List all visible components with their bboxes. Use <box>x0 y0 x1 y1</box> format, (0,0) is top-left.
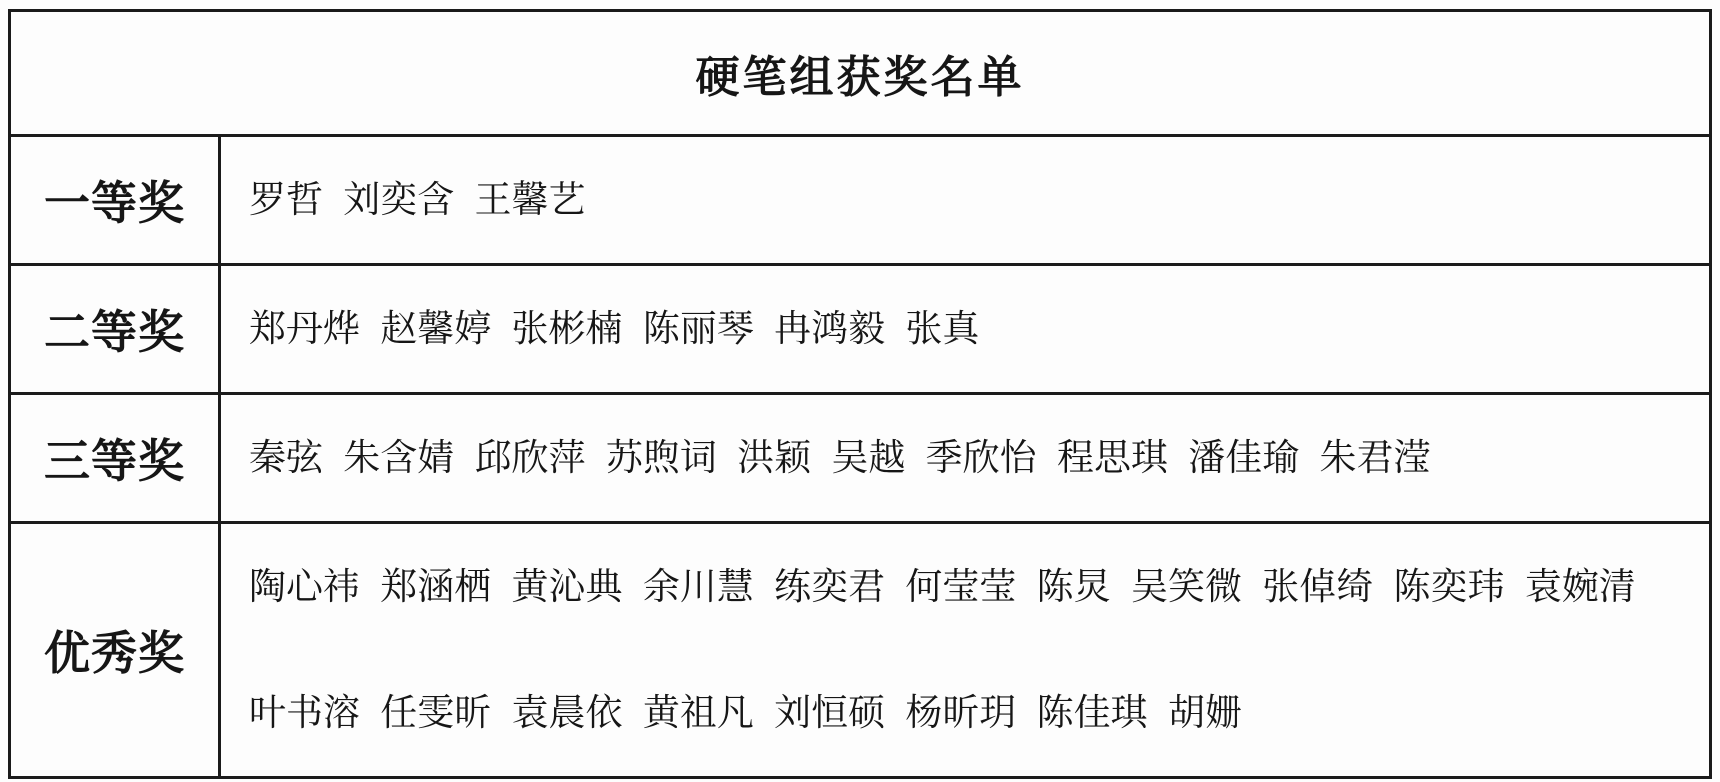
prize-label-excellence: 优秀奖 <box>10 523 220 778</box>
table-row-second-prize: 二等奖 郑丹烨 赵馨婷 张彬楠 陈丽琴 冉鸿毅 张真 <box>10 265 1711 394</box>
table-row-third-prize: 三等奖 秦弦 朱含婧 邱欣萍 苏煦词 洪颖 吴越 季欣怡 程思琪 潘佳瑜 朱君滢 <box>10 394 1711 523</box>
document-page: 硬笔组获奖名单 一等奖 罗哲 刘奕含 王馨艺 二等奖 郑丹烨 赵馨婷 张彬楠 陈… <box>0 0 1720 782</box>
prize-label-first: 一等奖 <box>10 136 220 265</box>
table-row-excellence-prize: 优秀奖 陶心祎 郑涵栖 黄沁典 余川慧 练奕君 何莹莹 陈炅 吴笑微 张倬绮 陈… <box>10 523 1711 778</box>
winner-names-second: 郑丹烨 赵馨婷 张彬楠 陈丽琴 冉鸿毅 张真 <box>220 265 1711 394</box>
table-title-row: 硬笔组获奖名单 <box>10 11 1711 136</box>
prize-label-third: 三等奖 <box>10 394 220 523</box>
award-table: 硬笔组获奖名单 一等奖 罗哲 刘奕含 王馨艺 二等奖 郑丹烨 赵馨婷 张彬楠 陈… <box>8 9 1712 779</box>
prize-label-second: 二等奖 <box>10 265 220 394</box>
table-row-first-prize: 一等奖 罗哲 刘奕含 王馨艺 <box>10 136 1711 265</box>
table-title: 硬笔组获奖名单 <box>10 11 1711 136</box>
winner-names-excellence: 陶心祎 郑涵栖 黄沁典 余川慧 练奕君 何莹莹 陈炅 吴笑微 张倬绮 陈奕玮 袁… <box>220 523 1711 778</box>
winner-names-first: 罗哲 刘奕含 王馨艺 <box>220 136 1711 265</box>
winner-names-third: 秦弦 朱含婧 邱欣萍 苏煦词 洪颖 吴越 季欣怡 程思琪 潘佳瑜 朱君滢 <box>220 394 1711 523</box>
